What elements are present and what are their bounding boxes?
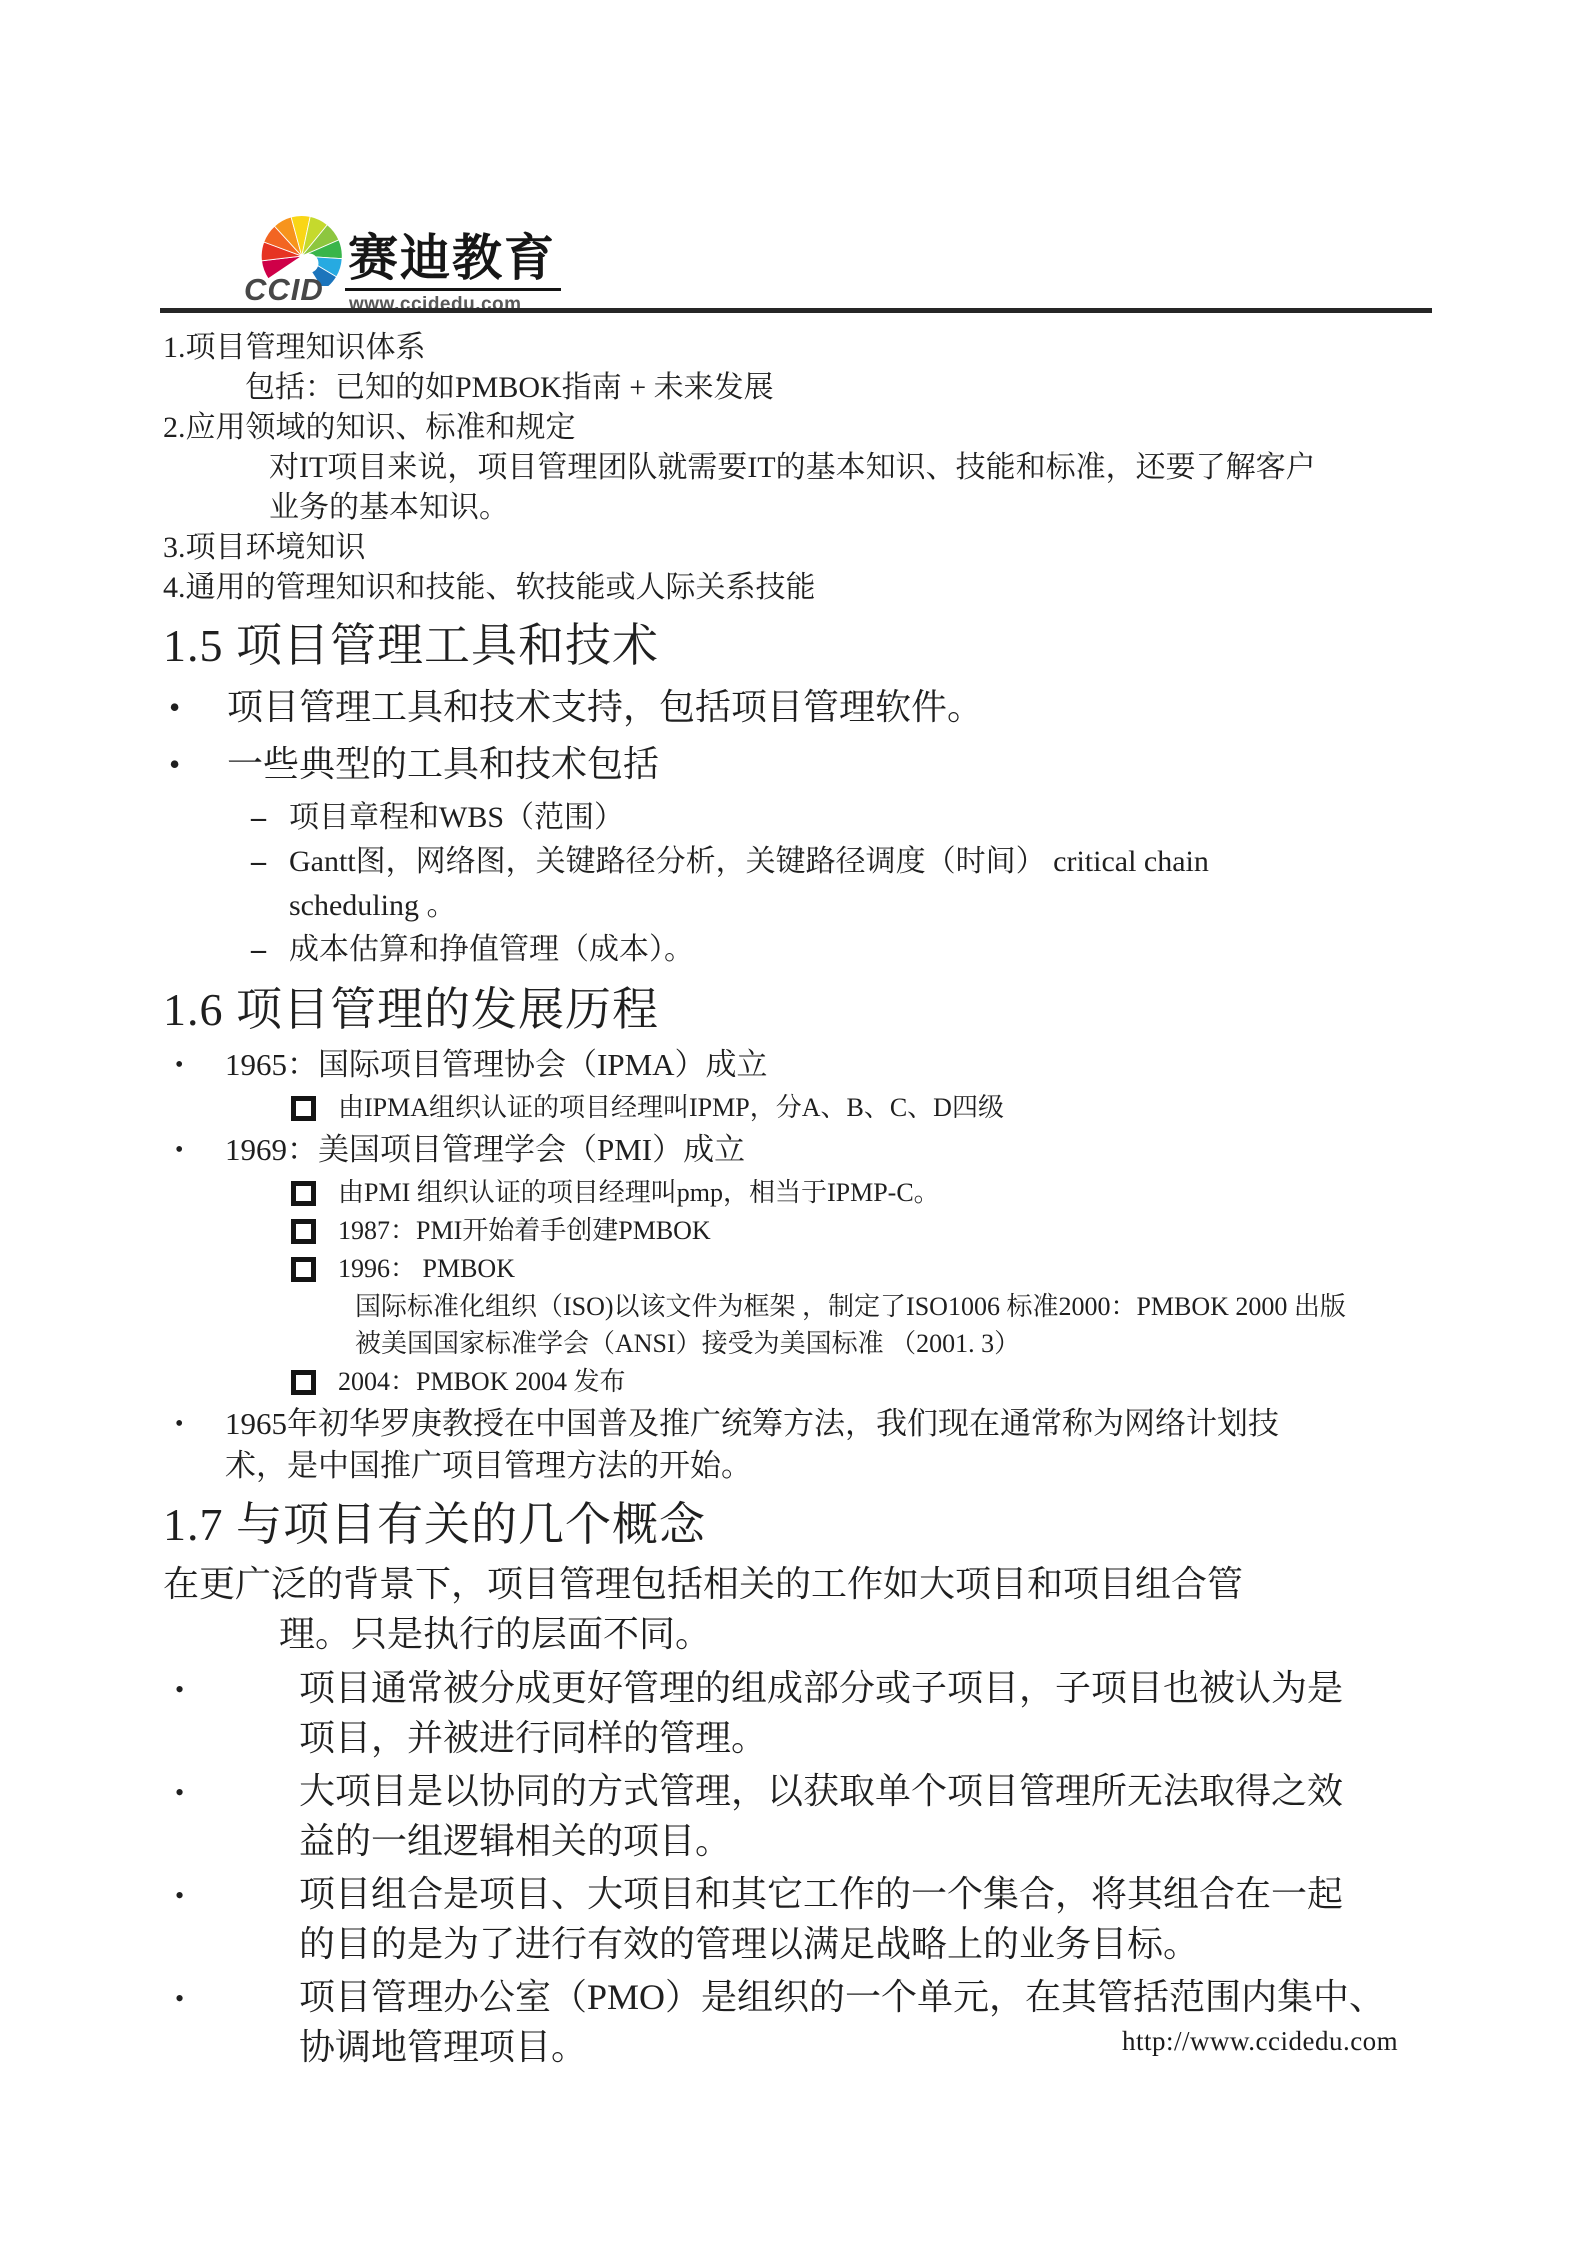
content-text: 1987：PMI开始着手创建PMBOK [338,1212,711,1249]
text-line: 对IT项目来说，项目管理团队就需要IT的基本知识、技能和标准，还要了解客户 [269,448,1316,488]
text-line: 1965：国际项目管理协会（IPMA）成立 [225,1044,768,1086]
text-line: 1969：美国项目管理学会（PMI）成立 [225,1129,745,1171]
content-block: 3.项目环境知识 [163,528,1474,568]
text-line: 4.通用的管理知识和技能、软技能或人际关系技能 [163,568,816,608]
content-text: 项目组合是项目、大项目和其它工作的一个集合，将其组合在一起的目的是为了进行有效的… [299,1869,1343,1969]
dash-icon: – [251,840,289,884]
content-block: –成本估算和挣值管理（成本）。 [163,928,1474,972]
square-bullet-icon [291,1181,316,1206]
content-text: 包括：已知的如PMBOK指南 + 未来发展 [245,368,774,408]
content-block: 包括：已知的如PMBOK指南 + 未来发展 [163,368,1474,408]
content-text: 项目通常被分成更好管理的组成部分或子项目，子项目也被认为是项目，并被进行同样的管… [299,1663,1343,1763]
text-line: 益的一组逻辑相关的项目。 [299,1816,1343,1866]
text-line: 2.应用领域的知识、标准和规定 [163,408,576,448]
content-text: 项目管理办公室（PMO）是组织的一个单元，在其管括范围内集中、协调地管理项目。 [299,1972,1385,2072]
content-block: 1987：PMI开始着手创建PMBOK [163,1212,1474,1249]
square-bullet-icon [291,1257,316,1282]
content-text: 项目章程和WBS（范围） [289,796,624,840]
content-text: 1965年初华罗庚教授在中国普及推广统筹方法，我们现在通常称为网络计划技术，是中… [225,1403,1279,1487]
text-line: 1996： PMBOK [338,1250,515,1287]
content-text: 1965：国际项目管理协会（IPMA）成立 [225,1044,768,1086]
content-block: •项目通常被分成更好管理的组成部分或子项目，子项目也被认为是项目，并被进行同样的… [163,1663,1474,1763]
text-line: 项目管理工具和技术支持，包括项目管理软件。 [227,682,983,732]
text-line: 1.7 与项目有关的几个概念 [163,1496,706,1554]
text-line: 1.5 项目管理工具和技术 [163,617,659,675]
text-line: 项目组合是项目、大项目和其它工作的一个集合，将其组合在一起 [299,1869,1343,1919]
content-text: Gantt图，网络图，关键路径分析，关键路径调度（时间） critical ch… [289,840,1209,928]
text-line: 2004：PMBOK 2004 发布 [338,1363,625,1400]
content-block: 由PMI 组织认证的项目经理叫pmp，相当于IPMP-C。 [163,1174,1474,1211]
bullet-icon: • [175,1972,299,2024]
bullet-icon: • [175,1044,225,1086]
content-text: 一些典型的工具和技术包括 [227,739,659,789]
content-block: 在更广泛的背景下，项目管理包括相关的工作如大项目和项目组合管 [163,1559,1474,1609]
content-block: •1969：美国项目管理学会（PMI）成立 [163,1129,1474,1171]
content-text: 2.应用领域的知识、标准和规定 [163,408,576,448]
text-line: 大项目是以协同的方式管理，以获取单个项目管理所无法取得之效 [299,1766,1343,1816]
text-line: 1.6 项目管理的发展历程 [163,981,659,1039]
content-block: –Gantt图，网络图，关键路径分析，关键路径调度（时间） critical c… [163,840,1474,928]
content-text: 国际标准化组织（ISO)以该文件为框架 ，制定了ISO1006 标准2000：P… [355,1288,1346,1362]
text-line: 1.项目管理知识体系 [163,328,426,368]
bullet-icon: • [169,739,227,789]
logo-abbr: CCID [244,272,324,308]
text-line: Gantt图，网络图，关键路径分析，关键路径调度（时间） critical ch… [289,840,1209,884]
bullet-icon: • [175,1766,299,1818]
content-text: 1969：美国项目管理学会（PMI）成立 [225,1129,745,1171]
logo-brand-name: 赛迪教育 [348,218,556,290]
content-block: 对IT项目来说，项目管理团队就需要IT的基本知识、技能和标准，还要了解客户业务的… [163,448,1474,528]
text-line: 业务的基本知识。 [269,488,1316,528]
content-block: •项目组合是项目、大项目和其它工作的一个集合，将其组合在一起的目的是为了进行有效… [163,1869,1474,1969]
footer-url: http://www.ccidedu.com [1122,2026,1398,2057]
bullet-icon: • [175,1869,299,1921]
content-block: •1965年初华罗庚教授在中国普及推广统筹方法，我们现在通常称为网络计划技术，是… [163,1403,1474,1487]
content-block: 2004：PMBOK 2004 发布 [163,1363,1474,1400]
text-line: 成本估算和挣值管理（成本）。 [289,928,694,972]
square-bullet-icon [291,1096,316,1121]
content-text: 1.项目管理知识体系 [163,328,426,368]
text-line: 在更广泛的背景下，项目管理包括相关的工作如大项目和项目组合管 [163,1559,1243,1609]
content-block: 1.项目管理知识体系 [163,328,1474,368]
bullet-icon: • [175,1129,225,1171]
content-block: 理。只是执行的层面不同。 [163,1609,1474,1659]
text-line: 1965年初华罗庚教授在中国普及推广统筹方法，我们现在通常称为网络计划技 [225,1403,1279,1445]
content-block: •大项目是以协同的方式管理，以获取单个项目管理所无法取得之效益的一组逻辑相关的项… [163,1766,1474,1866]
text-line: 项目管理办公室（PMO）是组织的一个单元，在其管括范围内集中、 [299,1972,1385,2022]
content-text: 由IPMA组织认证的项目经理叫IPMP，分A、B、C、D四级 [338,1089,1004,1126]
ccid-logo: CCID 赛迪教育 www.ccidedu.com [240,192,600,322]
text-line: 的目的是为了进行有效的管理以满足战略上的业务目标。 [299,1919,1343,1969]
content-block: –项目章程和WBS（范围） [163,796,1474,840]
content-text: 1.6 项目管理的发展历程 [163,981,659,1039]
content-block: 2.应用领域的知识、标准和规定 [163,408,1474,448]
content-text: 由PMI 组织认证的项目经理叫pmp，相当于IPMP-C。 [338,1174,940,1211]
text-line: 项目，并被进行同样的管理。 [299,1713,1343,1763]
fan-center-hole [299,253,318,272]
logo-underline [345,288,561,291]
text-line: 3.项目环境知识 [163,528,366,568]
text-line: 1987：PMI开始着手创建PMBOK [338,1212,711,1249]
bullet-icon: • [175,1403,225,1445]
text-line: 理。只是执行的层面不同。 [279,1609,711,1659]
content-block: 由IPMA组织认证的项目经理叫IPMP，分A、B、C、D四级 [163,1089,1474,1126]
content-block: •项目管理办公室（PMO）是组织的一个单元，在其管括范围内集中、协调地管理项目。 [163,1972,1474,2072]
content-text: 1.5 项目管理工具和技术 [163,617,659,675]
content-block: •1965：国际项目管理协会（IPMA）成立 [163,1044,1474,1086]
content-text: 1996： PMBOK [338,1250,515,1287]
text-line: 项目章程和WBS（范围） [289,796,624,840]
dash-icon: – [251,928,289,972]
text-line: 由IPMA组织认证的项目经理叫IPMP，分A、B、C、D四级 [338,1089,1004,1126]
content-text: 项目管理工具和技术支持，包括项目管理软件。 [227,682,983,732]
dash-icon: – [251,796,289,840]
bullet-icon: • [169,682,227,732]
text-line: 项目通常被分成更好管理的组成部分或子项目，子项目也被认为是 [299,1663,1343,1713]
content-text: 3.项目环境知识 [163,528,366,568]
content-text: 大项目是以协同的方式管理，以获取单个项目管理所无法取得之效益的一组逻辑相关的项目… [299,1766,1343,1866]
content-block: 1.5 项目管理工具和技术 [163,617,1474,675]
text-line: 一些典型的工具和技术包括 [227,739,659,789]
content-block: •一些典型的工具和技术包括 [163,739,1474,789]
text-line: 被美国国家标准学会（ANSI）接受为美国标准 （2001. 3） [355,1325,1346,1362]
content-text: 4.通用的管理知识和技能、软技能或人际关系技能 [163,568,816,608]
content-block: •项目管理工具和技术支持，包括项目管理软件。 [163,682,1474,732]
content-text: 对IT项目来说，项目管理团队就需要IT的基本知识、技能和标准，还要了解客户业务的… [269,448,1316,528]
content-text: 在更广泛的背景下，项目管理包括相关的工作如大项目和项目组合管 [163,1559,1243,1609]
text-line: scheduling 。 [289,884,1209,928]
header-divider [160,308,1432,313]
content-text: 2004：PMBOK 2004 发布 [338,1363,625,1400]
bullet-icon: • [175,1663,299,1715]
content-block: 1.6 项目管理的发展历程 [163,981,1474,1039]
text-line: 包括：已知的如PMBOK指南 + 未来发展 [245,368,774,408]
document-body: 1.项目管理知识体系包括：已知的如PMBOK指南 + 未来发展2.应用领域的知识… [0,328,1594,2075]
square-bullet-icon [291,1370,316,1395]
content-text: 1.7 与项目有关的几个概念 [163,1496,706,1554]
document-page: CCID 赛迪教育 www.ccidedu.com 1.项目管理知识体系包括：已… [0,0,1594,2252]
text-line: 国际标准化组织（ISO)以该文件为框架 ，制定了ISO1006 标准2000：P… [355,1288,1346,1325]
content-block: 国际标准化组织（ISO)以该文件为框架 ，制定了ISO1006 标准2000：P… [163,1288,1474,1362]
square-bullet-icon [291,1219,316,1244]
content-block: 1996： PMBOK [163,1250,1474,1287]
content-text: 理。只是执行的层面不同。 [279,1609,711,1659]
text-line: 由PMI 组织认证的项目经理叫pmp，相当于IPMP-C。 [338,1174,940,1211]
content-block: 4.通用的管理知识和技能、软技能或人际关系技能 [163,568,1474,608]
text-line: 术，是中国推广项目管理方法的开始。 [225,1445,1279,1487]
content-text: 成本估算和挣值管理（成本）。 [289,928,694,972]
content-block: 1.7 与项目有关的几个概念 [163,1496,1474,1554]
